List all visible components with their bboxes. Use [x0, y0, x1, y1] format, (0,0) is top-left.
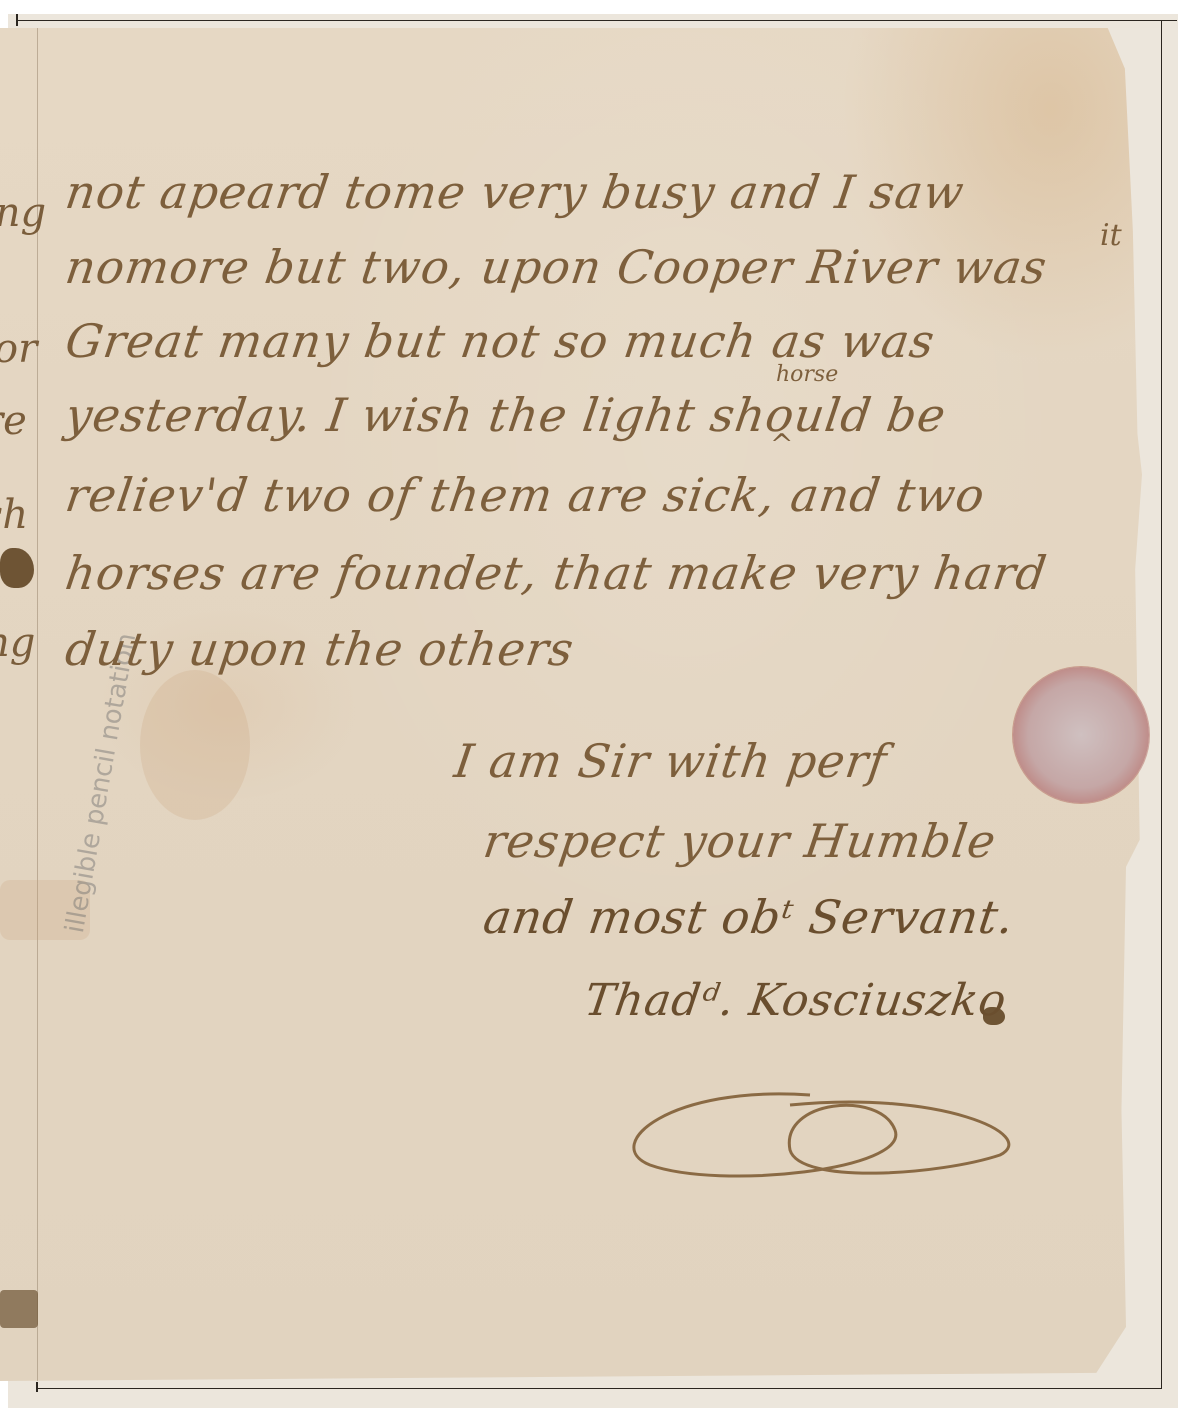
margin-fragment: re — [0, 398, 27, 444]
insertion-it: it — [1100, 218, 1122, 253]
margin-fragment: ng — [0, 620, 35, 666]
letter-line-5: reliev'd two of them are sick, and two — [62, 468, 988, 522]
ink-blot — [0, 548, 34, 588]
margin-fragment: ing — [0, 190, 46, 236]
closing-line-2: respect your Humble — [480, 814, 1000, 868]
margin-fragment: ch — [0, 492, 28, 538]
insertion-horse: horse — [776, 362, 838, 387]
mount-rule-top — [16, 20, 1177, 21]
closing-line-3: and most obᵗ Servant. — [480, 890, 1018, 944]
caret-mark: ^ — [770, 428, 793, 461]
mount-tick — [16, 14, 18, 26]
letter-line-7: duty upon the others — [62, 622, 577, 676]
closing-line-1: I am Sir with perf — [451, 734, 890, 788]
signature-flourish — [610, 1075, 1110, 1185]
letter-line-3: Great many but not so much as was — [62, 314, 938, 368]
stain — [140, 670, 250, 820]
margin-fragment: or — [0, 326, 37, 372]
letter-line-1: not apeard tome very busy and I saw — [62, 165, 968, 219]
wax-seal — [1013, 667, 1149, 803]
mount-tick — [36, 1382, 38, 1392]
signature: Thadᵈ. Kosciuszko — [581, 975, 1010, 1026]
letter-line-4: yesterday. I wish the light should be — [62, 388, 949, 442]
mount-rule-bottom — [36, 1388, 1162, 1389]
letter-line-6: horses are foundet, that make very hard — [62, 546, 1050, 600]
ink-blot — [0, 1290, 38, 1328]
mount-rule-right — [1161, 20, 1162, 1389]
letter-line-2: nomore but two, upon Cooper River was — [62, 240, 1050, 294]
